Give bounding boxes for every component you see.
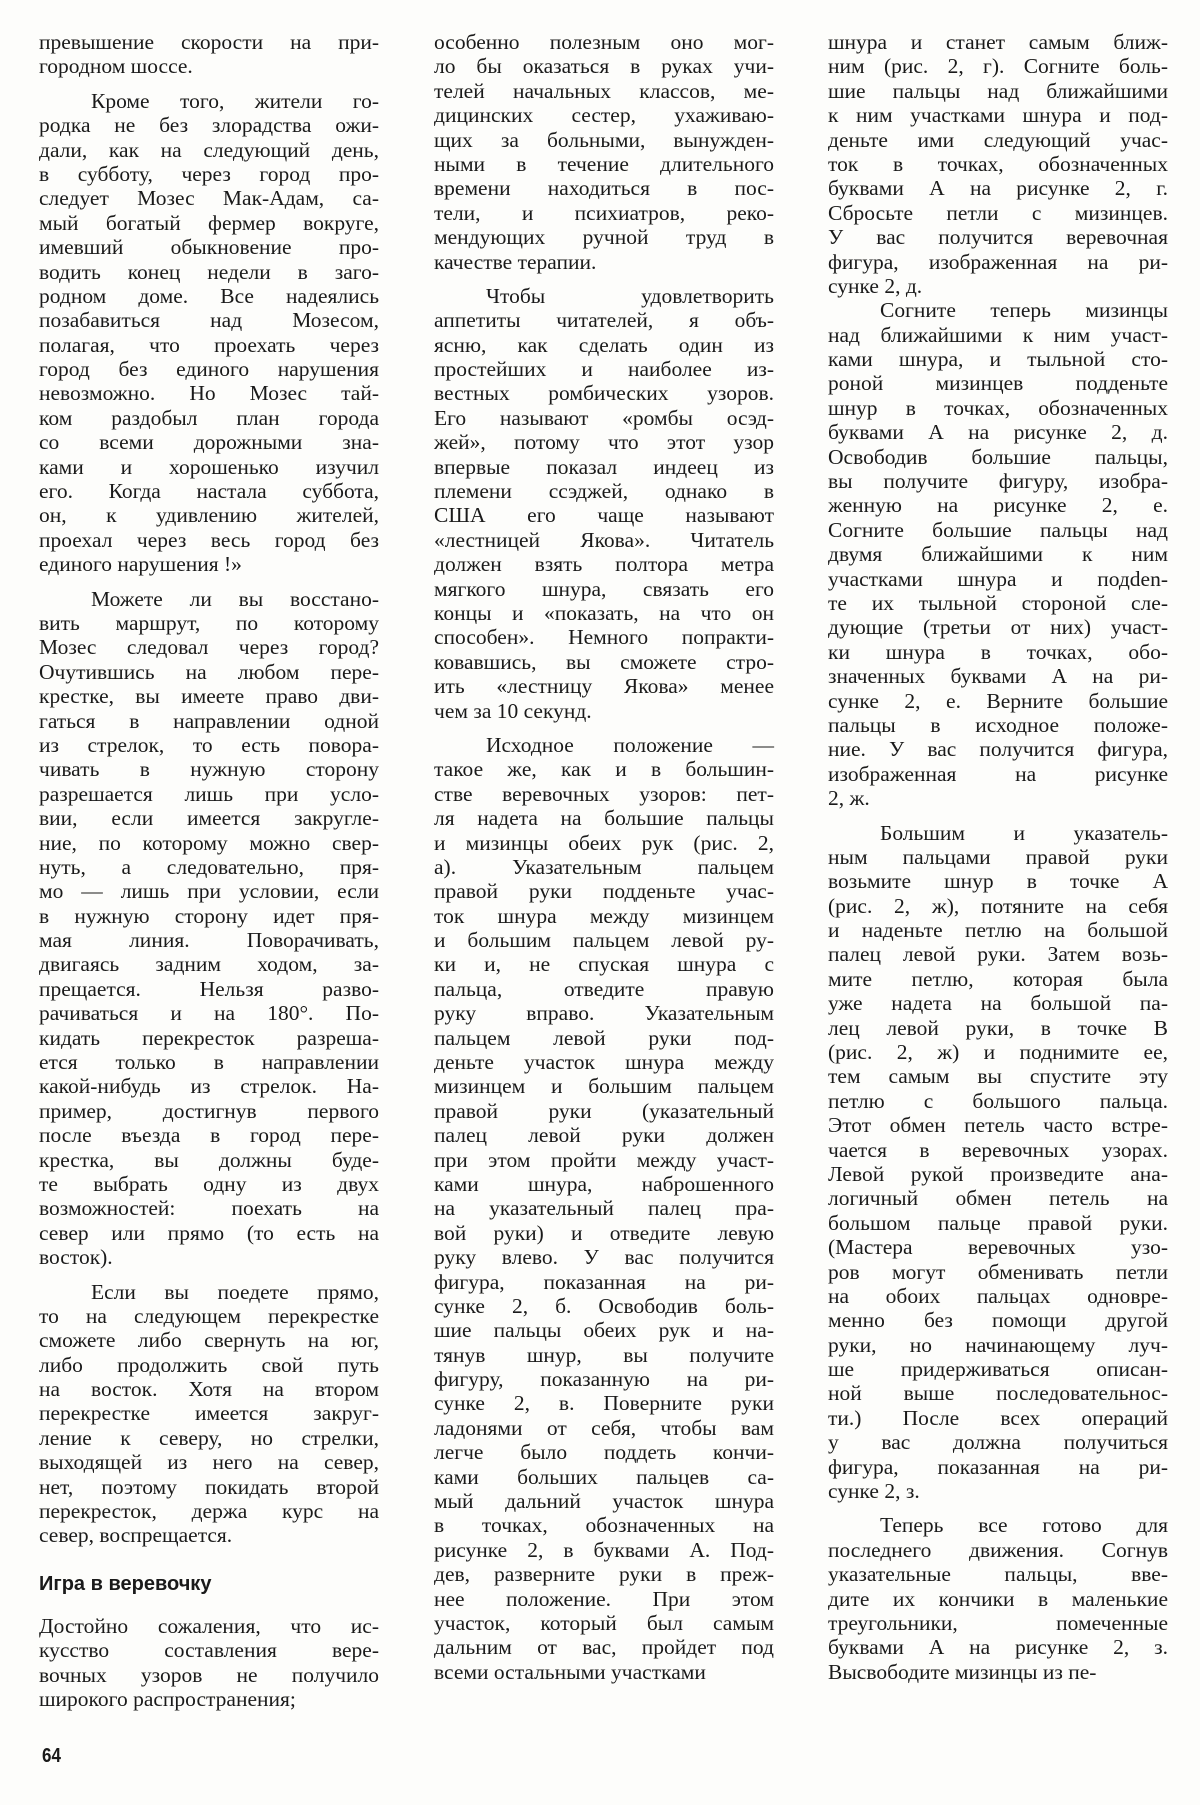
paragraph: Достойно сожаления, что ис-кусство соста… bbox=[39, 1614, 379, 1712]
text-line: менно без помощи другой bbox=[828, 1308, 1168, 1332]
text-line: невозможно. Но Мозес тай- bbox=[39, 381, 379, 405]
text-line: ковавшись, вы сможете стро- bbox=[434, 650, 774, 674]
text-line: Если вы поедете прямо, bbox=[39, 1280, 379, 1304]
text-line: пальцем левой руки под- bbox=[434, 1026, 774, 1050]
text-line: то на следующем перекрестке bbox=[39, 1304, 379, 1328]
text-line: мите петлю, которая была bbox=[828, 967, 1168, 991]
text-line: ками больших пальцев са- bbox=[434, 1465, 774, 1489]
text-line: ясню, как сделать один из bbox=[434, 333, 774, 357]
text-line: изображенная на рисунке bbox=[828, 762, 1168, 786]
text-line: вии, если имеется закругле- bbox=[39, 806, 379, 830]
text-line: фигура, показанная на ри- bbox=[828, 1455, 1168, 1479]
text-line: аппетиты читателей, я объ- bbox=[434, 308, 774, 332]
text-line: должен взять полтора метра bbox=[434, 552, 774, 576]
text-line: буквами А на рисунке 2, д. bbox=[828, 420, 1168, 444]
text-line: особенно полезным оно мог- bbox=[434, 30, 774, 54]
text-line: восток). bbox=[39, 1245, 379, 1269]
text-line: Большим и указатель- bbox=[828, 821, 1168, 845]
text-line: рачиваться и на 180°. По- bbox=[39, 1001, 379, 1025]
text-line: простейших и наиболее из- bbox=[434, 357, 774, 381]
text-line: Освободив большие пальцы, bbox=[828, 445, 1168, 469]
text-line: буквами А на рисунке 2, з. bbox=[828, 1635, 1168, 1659]
text-line: тем самым вы спустите эту bbox=[828, 1064, 1168, 1088]
text-line: шнура и станет самым ближ- bbox=[828, 30, 1168, 54]
paragraph-gap bbox=[39, 577, 379, 587]
text-line: мягкого шнура, связать его bbox=[434, 577, 774, 601]
text-line: руки, но начинающему луч- bbox=[828, 1333, 1168, 1357]
paragraph: шнура и станет самым ближ-ним (рис. 2, г… bbox=[828, 30, 1168, 298]
text-line: концы и «показать, на что он bbox=[434, 601, 774, 625]
text-line: либо продолжить свой путь bbox=[39, 1353, 379, 1377]
section-heading: Игра в веревочку bbox=[39, 1572, 379, 1596]
paragraph: Согните теперь мизинцынад ближайшими к н… bbox=[828, 298, 1168, 810]
text-line: вестных ромбических узоров. bbox=[434, 381, 774, 405]
text-line: какой-нибудь из стрелок. На- bbox=[39, 1074, 379, 1098]
text-line: север или прямо (то есть на bbox=[39, 1221, 379, 1245]
text-line: возможностей: поехать на bbox=[39, 1196, 379, 1220]
text-line: Очутившись на любом пере- bbox=[39, 660, 379, 684]
text-line: вы получите фигуру, изобра- bbox=[828, 469, 1168, 493]
text-line: имевший обыкновение про- bbox=[39, 235, 379, 259]
text-line: кидать перекресток разреша- bbox=[39, 1026, 379, 1050]
text-line: стве веревочных узоров: пет- bbox=[434, 782, 774, 806]
text-line: дальним от вас, пройдет под bbox=[434, 1635, 774, 1659]
text-line: выходящей из него на север, bbox=[39, 1450, 379, 1474]
text-line: север, воспрещается. bbox=[39, 1523, 379, 1547]
paragraph: Большим и указатель-ным пальцами правой … bbox=[828, 821, 1168, 1504]
text-line: уже надета на большой па- bbox=[828, 991, 1168, 1015]
text-line: всеми остальными участками bbox=[434, 1660, 774, 1684]
text-line: сунке 2, е. Верните большие bbox=[828, 689, 1168, 713]
text-line: мая линия. Поворачивать, bbox=[39, 928, 379, 952]
text-line: деньте ими следующий учас- bbox=[828, 128, 1168, 152]
text-line: следует Мозес Мак-Адам, са- bbox=[39, 186, 379, 210]
text-line: родка не без злорадства ожи- bbox=[39, 113, 379, 137]
text-line: Чтобы удовлетворить bbox=[434, 284, 774, 308]
text-line: впервые показал индеец из bbox=[434, 455, 774, 479]
text-line: к ним участками шнура и под- bbox=[828, 103, 1168, 127]
text-line: возьмите шнур в точке А bbox=[828, 869, 1168, 893]
text-column-right: шнура и станет самым ближ-ним (рис. 2, г… bbox=[828, 30, 1168, 1684]
text-line: ными в течение длительного bbox=[434, 152, 774, 176]
text-line: качестве терапии. bbox=[434, 250, 774, 274]
text-line: ется только в направлении bbox=[39, 1050, 379, 1074]
text-line: широкого распространения; bbox=[39, 1687, 379, 1711]
text-line: указательные пальцы, вве- bbox=[828, 1562, 1168, 1586]
text-line: единого нарушения !» bbox=[39, 552, 379, 576]
text-line: Левой рукой произведите ана- bbox=[828, 1162, 1168, 1186]
text-line: Высвободите мизинцы из пе- bbox=[828, 1660, 1168, 1684]
text-line: тянув шнур, вы получите bbox=[434, 1343, 774, 1367]
text-line: позабавиться над Мозесом, bbox=[39, 308, 379, 332]
paragraph-gap bbox=[39, 79, 379, 89]
text-line: буквами А на рисунке 2, г. bbox=[828, 176, 1168, 200]
text-line: мендующих ручной труд в bbox=[434, 225, 774, 249]
text-line: Согните большие пальцы над bbox=[828, 518, 1168, 542]
text-line: те выбрать одну из двух bbox=[39, 1172, 379, 1196]
text-line: (рис. 2, ж), потяните на себя bbox=[828, 894, 1168, 918]
text-line: шие пальцы обеих рук и на- bbox=[434, 1318, 774, 1342]
text-line: пальца, отведите правую bbox=[434, 977, 774, 1001]
text-line: проехал через весь город без bbox=[39, 528, 379, 552]
text-line: крестка, вы должны буде- bbox=[39, 1148, 379, 1172]
text-line: и наденьте петлю на большой bbox=[828, 918, 1168, 942]
text-line: вить маршрут, по которому bbox=[39, 611, 379, 635]
text-line: жей», потому что этот узор bbox=[434, 430, 774, 454]
text-line: гаться в направлении одной bbox=[39, 709, 379, 733]
text-line: водить конец недели в заго- bbox=[39, 260, 379, 284]
text-line: при этом пройти между участ- bbox=[434, 1148, 774, 1172]
paragraph: Теперь все готово дляпоследнего движения… bbox=[828, 1513, 1168, 1684]
paragraph-gap bbox=[434, 723, 774, 733]
text-line: дите их кончики в маленькие bbox=[828, 1587, 1168, 1611]
text-line: сможете либо свернуть на юг, bbox=[39, 1328, 379, 1352]
text-line: двигаясь задним ходом, за- bbox=[39, 952, 379, 976]
text-line: шие пальцы над ближайшими bbox=[828, 79, 1168, 103]
text-line: на обоих пальцах одновре- bbox=[828, 1284, 1168, 1308]
text-line: ным пальцами правой руки bbox=[828, 845, 1168, 869]
paragraph: превышение скорости на при-городном шосс… bbox=[39, 30, 379, 79]
text-line: город без единого нарушения bbox=[39, 357, 379, 381]
text-line: Исходное положение — bbox=[434, 733, 774, 757]
text-line: чается в веревочных узорах. bbox=[828, 1138, 1168, 1162]
text-line: кусство составления вере- bbox=[39, 1638, 379, 1662]
text-line: роной мизинцев подденьте bbox=[828, 371, 1168, 395]
paragraph-gap bbox=[434, 274, 774, 284]
text-line: ки шнура в точках, обо- bbox=[828, 640, 1168, 664]
text-line: вочных узоров не получило bbox=[39, 1663, 379, 1687]
text-line: после въезда в город пере- bbox=[39, 1123, 379, 1147]
text-line: перекрестке имеется закруг- bbox=[39, 1401, 379, 1425]
text-line: нее положение. При этом bbox=[434, 1587, 774, 1611]
text-line: пример, достигнув первого bbox=[39, 1099, 379, 1123]
paragraph: Если вы поедете прямо,то на следующем пе… bbox=[39, 1280, 379, 1548]
text-line: руку влево. У вас получится bbox=[434, 1245, 774, 1269]
text-line: фигура, показанная на ри- bbox=[434, 1270, 774, 1294]
text-line: пальцы в исходное положе- bbox=[828, 713, 1168, 737]
text-line: правой руки подденьте учас- bbox=[434, 879, 774, 903]
text-line: 2, ж. bbox=[828, 786, 1168, 810]
text-line: нет, поэтому покидать второй bbox=[39, 1475, 379, 1499]
paragraph: Исходное положение —такое же, как и в бо… bbox=[434, 733, 774, 1684]
text-line: ки и, не спуская шнура с bbox=[434, 952, 774, 976]
paragraph: Можете ли вы восстано-вить маршрут, по к… bbox=[39, 587, 379, 1270]
text-line: телей начальных классов, ме- bbox=[434, 79, 774, 103]
text-line: петлю с большого пальца. bbox=[828, 1089, 1168, 1113]
text-line: мый дальний участок шнура bbox=[434, 1489, 774, 1513]
text-line: у вас должна получиться bbox=[828, 1430, 1168, 1454]
text-line: Можете ли вы восстано- bbox=[39, 587, 379, 611]
paragraph-gap bbox=[828, 811, 1168, 821]
text-line: логичный обмен петель на bbox=[828, 1186, 1168, 1210]
text-line: (рис. 2, ж) и поднимите ее, bbox=[828, 1040, 1168, 1064]
text-line: легче было поддеть кончи- bbox=[434, 1440, 774, 1464]
text-line: палец левой руки должен bbox=[434, 1123, 774, 1147]
paragraph: Кроме того, жители го-родка не без злора… bbox=[39, 89, 379, 577]
text-line: ше придерживаться описан- bbox=[828, 1357, 1168, 1381]
text-line: руку вправо. Указательным bbox=[434, 1001, 774, 1025]
text-line: его. Когда настала суббота, bbox=[39, 479, 379, 503]
text-line: Согните теперь мизинцы bbox=[828, 298, 1168, 322]
paragraph-gap bbox=[828, 1503, 1168, 1513]
text-line: из стрелок, то есть повора- bbox=[39, 733, 379, 757]
text-line: в субботу, через город про- bbox=[39, 162, 379, 186]
text-line: ить «лестницу Якова» менее bbox=[434, 674, 774, 698]
text-line: времени находиться в пос- bbox=[434, 176, 774, 200]
text-line: в нужную сторону идет пря- bbox=[39, 904, 379, 928]
text-line: щих за больными, вынужден- bbox=[434, 128, 774, 152]
text-line: двумя ближайшими к ним bbox=[828, 542, 1168, 566]
text-line: родном доме. Все надеялись bbox=[39, 284, 379, 308]
text-line: и большим пальцем левой ру- bbox=[434, 928, 774, 952]
text-line: мый богатый фермер вокруге, bbox=[39, 211, 379, 235]
text-line: Его называют «ромбы осэд- bbox=[434, 406, 774, 430]
text-line: сунке 2, з. bbox=[828, 1479, 1168, 1503]
text-line: ним (рис. 2, г). Согните боль- bbox=[828, 54, 1168, 78]
text-line: разрешается лишь при усло- bbox=[39, 782, 379, 806]
text-line: превышение скорости на при- bbox=[39, 30, 379, 54]
text-line: «лестницей Якова». Читатель bbox=[434, 528, 774, 552]
text-line: чем за 10 секунд. bbox=[434, 699, 774, 723]
text-line: фигура, изображенная на ри- bbox=[828, 250, 1168, 274]
text-line: дующие (третьи от них) участ- bbox=[828, 615, 1168, 639]
text-line: участок, который был самым bbox=[434, 1611, 774, 1635]
text-line: У вас получится веревочная bbox=[828, 225, 1168, 249]
text-line: нуть, а следовательно, пря- bbox=[39, 855, 379, 879]
text-line: ров могут обменивать петли bbox=[828, 1260, 1168, 1284]
text-line: дали, как на следующий день, bbox=[39, 138, 379, 162]
text-line: Этот обмен петель часто встре- bbox=[828, 1113, 1168, 1137]
text-line: палец левой руки. Затем возь- bbox=[828, 942, 1168, 966]
text-line: ние, по которому можно свер- bbox=[39, 831, 379, 855]
text-line: способен». Немного попракти- bbox=[434, 625, 774, 649]
text-line: вой руки) и отведите левую bbox=[434, 1221, 774, 1245]
text-line: ние. У вас получится фигура, bbox=[828, 737, 1168, 761]
text-column-left: превышение скорости на при-городном шосс… bbox=[39, 30, 379, 1711]
text-line: а). Указательным пальцем bbox=[434, 855, 774, 879]
text-line: Достойно сожаления, что ис- bbox=[39, 1614, 379, 1638]
paragraph: особенно полезным оно мог-ло бы оказатьс… bbox=[434, 30, 774, 274]
text-line: последнего движения. Согнув bbox=[828, 1538, 1168, 1562]
text-line: ками и хорошенько изучил bbox=[39, 455, 379, 479]
text-line: США его чаще называют bbox=[434, 503, 774, 527]
text-line: участками шнура и подden- bbox=[828, 567, 1168, 591]
text-line: большом пальце правой руки. bbox=[828, 1211, 1168, 1235]
text-line: те их тыльной стороной сле- bbox=[828, 591, 1168, 615]
text-line: рисунке 2, в буквами А. Под- bbox=[434, 1538, 774, 1562]
text-line: над ближайшими к ним участ- bbox=[828, 323, 1168, 347]
text-line: чивать в нужную сторону bbox=[39, 757, 379, 781]
text-line: ление к северу, но стрелки, bbox=[39, 1426, 379, 1450]
text-line: сунке 2, б. Освободив боль- bbox=[434, 1294, 774, 1318]
text-line: на указательный палец пра- bbox=[434, 1196, 774, 1220]
text-line: со всеми дорожными зна- bbox=[39, 430, 379, 454]
paragraph: Чтобы удовлетворитьаппетиты читателей, я… bbox=[434, 284, 774, 723]
paragraph-gap bbox=[39, 1270, 379, 1280]
text-line: ток в точках, обозначенных bbox=[828, 152, 1168, 176]
text-line: в точках, обозначенных на bbox=[434, 1513, 774, 1537]
text-line: перекресток, держа курс на bbox=[39, 1499, 379, 1523]
text-line: значенных буквами А на ри- bbox=[828, 664, 1168, 688]
text-line: ками шнура, наброшенного bbox=[434, 1172, 774, 1196]
text-line: прещается. Нельзя разво- bbox=[39, 977, 379, 1001]
text-line: он, к удивлению жителей, bbox=[39, 503, 379, 527]
text-line: Сбросьте петли с мизинцев. bbox=[828, 201, 1168, 225]
text-line: (Мастера веревочных узо- bbox=[828, 1235, 1168, 1259]
text-line: ладонями от себя, чтобы вам bbox=[434, 1416, 774, 1440]
text-line: ной выше последовательнос- bbox=[828, 1381, 1168, 1405]
text-line: дев, разверните руки в преж- bbox=[434, 1562, 774, 1586]
text-line: Кроме того, жители го- bbox=[39, 89, 379, 113]
text-line: городном шоссе. bbox=[39, 54, 379, 78]
text-line: Теперь все готово для bbox=[828, 1513, 1168, 1537]
text-line: мо — лишь при условии, если bbox=[39, 879, 379, 903]
text-line: правой руки (указательный bbox=[434, 1099, 774, 1123]
text-line: женную на рисунке 2, е. bbox=[828, 493, 1168, 517]
text-line: ти.) После всех операций bbox=[828, 1406, 1168, 1430]
text-line: ток шнура между мизинцем bbox=[434, 904, 774, 928]
text-line: и мизинцы обеих рук (рис. 2, bbox=[434, 831, 774, 855]
text-line: деньте участок шнура между bbox=[434, 1050, 774, 1074]
text-line: крестке, вы имеете право дви- bbox=[39, 684, 379, 708]
text-line: такое же, как и в большин- bbox=[434, 757, 774, 781]
text-line: Мозес следовал через город? bbox=[39, 635, 379, 659]
text-line: ками шнура, и тыльной сто- bbox=[828, 347, 1168, 371]
text-line: фигуру, показанную на ри- bbox=[434, 1367, 774, 1391]
text-line: сунке 2, в. Поверните руки bbox=[434, 1391, 774, 1415]
text-line: ля надета на большие пальцы bbox=[434, 806, 774, 830]
text-column-middle: особенно полезным оно мог-ло бы оказатьс… bbox=[434, 30, 774, 1684]
text-line: дицинских сестер, ухаживаю- bbox=[434, 103, 774, 127]
page-number: 64 bbox=[42, 1745, 61, 1768]
text-line: ком раздобыл план города bbox=[39, 406, 379, 430]
text-line: лец левой руки, в точке В bbox=[828, 1016, 1168, 1040]
text-line: полагая, что проехать через bbox=[39, 333, 379, 357]
text-line: ло бы оказаться в руках учи- bbox=[434, 54, 774, 78]
text-line: тели, и психиатров, реко- bbox=[434, 201, 774, 225]
text-line: мизинцем и большим пальцем bbox=[434, 1074, 774, 1098]
text-line: племени ссэджей, однако в bbox=[434, 479, 774, 503]
text-line: сунке 2, д. bbox=[828, 274, 1168, 298]
text-line: шнур в точках, обозначенных bbox=[828, 396, 1168, 420]
text-line: на восток. Хотя на втором bbox=[39, 1377, 379, 1401]
text-line: треугольники, помеченные bbox=[828, 1611, 1168, 1635]
